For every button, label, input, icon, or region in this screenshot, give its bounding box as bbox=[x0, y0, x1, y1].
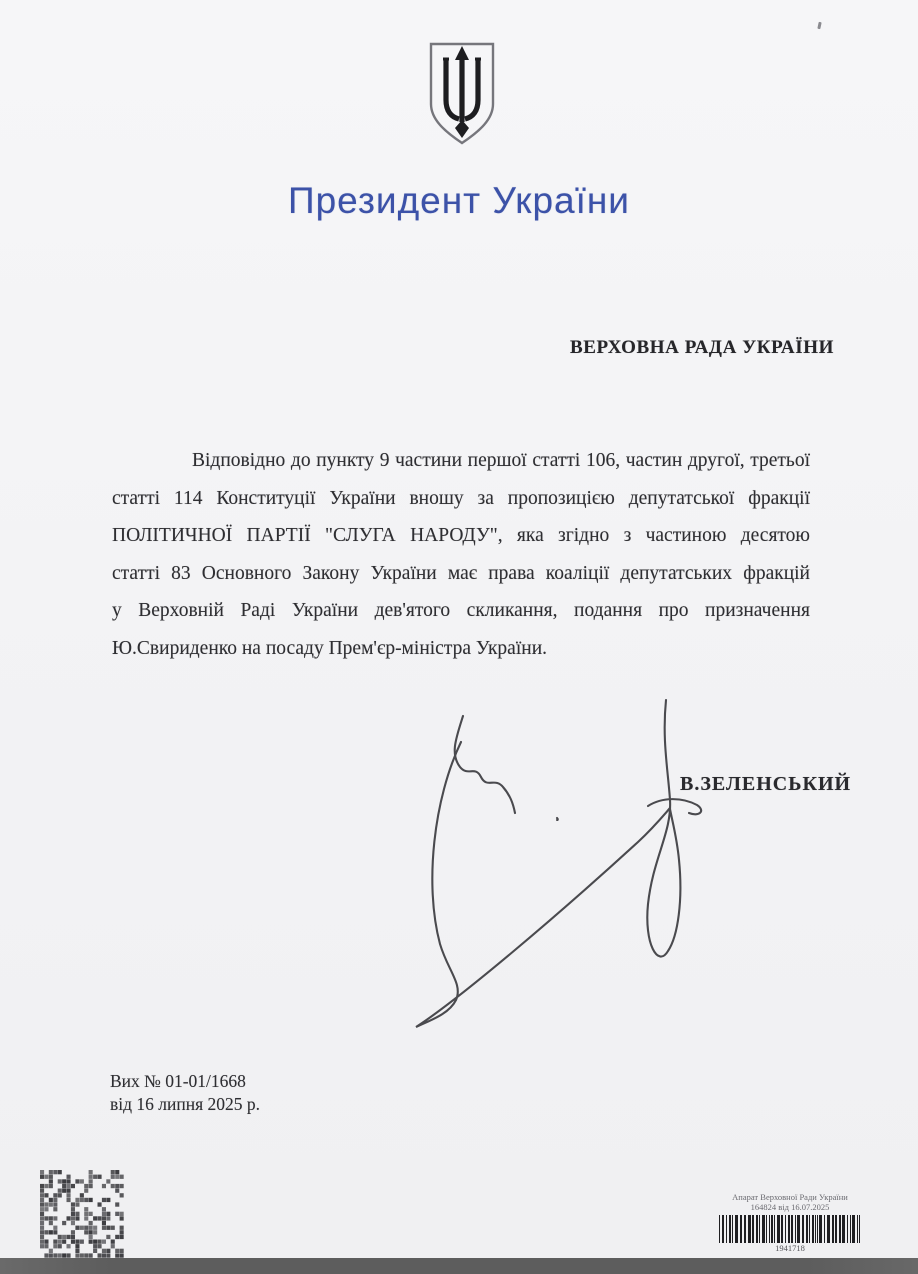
reference-date: від 16 липня 2025 р. bbox=[110, 1093, 260, 1116]
barcode-icon bbox=[690, 1215, 890, 1243]
scan-bottom-bar bbox=[0, 1258, 918, 1274]
reference-block: Вих № 01-01/1668 від 16 липня 2025 р. bbox=[110, 1070, 260, 1116]
body-paragraph: Відповідно до пункту 9 частини першої ст… bbox=[112, 442, 810, 668]
stamp-reg-line: 164824 від 16.07.2025 bbox=[690, 1202, 890, 1212]
body-line: статті 114 Конституції України вношу за … bbox=[112, 480, 810, 518]
body-line: статті 83 Основного Закону України має п… bbox=[112, 555, 810, 593]
body-line: ПОЛІТИЧНОЇ ПАРТІЇ "СЛУГА НАРОДУ", яка зг… bbox=[112, 517, 810, 555]
addressee-heading: ВЕРХОВНА РАДА УКРАЇНИ bbox=[570, 337, 834, 359]
body-line: Ю.Свириденко на посаду Прем'єр-міністра … bbox=[112, 630, 810, 668]
scan-speck bbox=[817, 22, 821, 29]
signature-handwriting bbox=[390, 688, 730, 1038]
scanned-letter-page: Президент України ВЕРХОВНА РАДА УКРАЇНИ … bbox=[0, 0, 918, 1274]
body-line: у Верховній Раді України дев'ятого склик… bbox=[112, 592, 810, 630]
stamp-org-line: Апарат Верховної Ради України bbox=[690, 1192, 890, 1202]
registration-stamp: Апарат Верховної Ради України 164824 від… bbox=[690, 1192, 890, 1253]
body-line: Відповідно до пункту 9 частини першої ст… bbox=[112, 442, 810, 480]
signatory-name: В.ЗЕЛЕНСЬКИЙ bbox=[680, 773, 851, 796]
reference-number: Вих № 01-01/1668 bbox=[110, 1070, 260, 1093]
qr-code-icon bbox=[40, 1170, 124, 1258]
page-title: Президент України bbox=[0, 180, 918, 222]
ukraine-trident-shield-icon bbox=[424, 40, 500, 147]
barcode-number: 1941718 bbox=[690, 1243, 890, 1253]
